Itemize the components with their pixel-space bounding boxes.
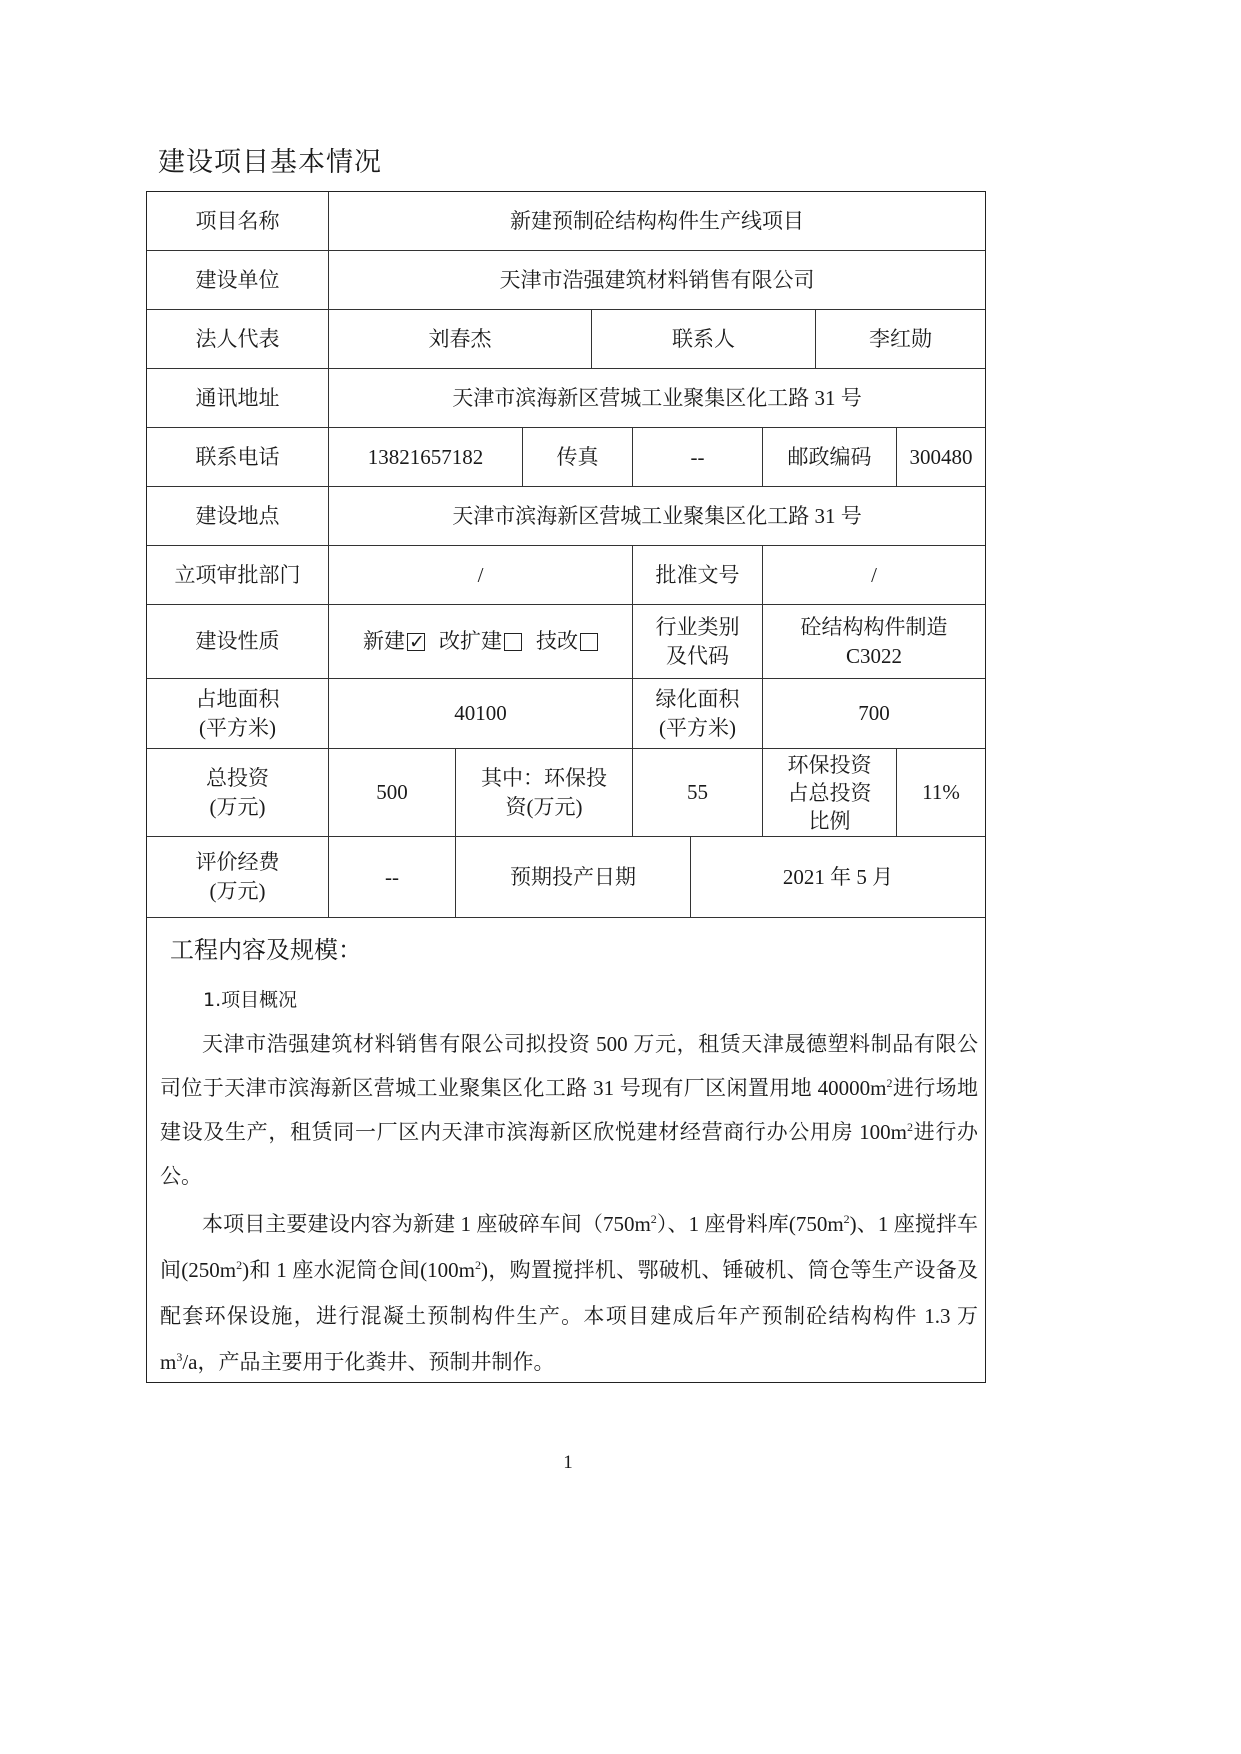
label-green-line2: (平方米): [659, 714, 736, 743]
value-industry: 砼结构构件制造 C3022: [763, 605, 985, 679]
label-investment-line2: (万元): [210, 793, 266, 822]
label-builder: 建设单位: [147, 251, 329, 310]
label-approval-dept: 立项审批部门: [147, 546, 329, 605]
label-industry-line2: 及代码: [666, 642, 729, 671]
option-expand-label: 改扩建: [439, 627, 502, 656]
value-legal-rep: 刘春杰: [329, 310, 592, 369]
label-contact: 联系人: [592, 310, 816, 369]
value-phone: 13821657182: [329, 428, 523, 487]
value-approval-dept: /: [329, 546, 633, 605]
label-industry: 行业类别 及代码: [633, 605, 763, 679]
value-evaluation: --: [329, 837, 456, 918]
label-site: 建设地点: [147, 487, 329, 546]
paragraph-overview: 天津市浩强建筑材料销售有限公司拟投资 500 万元，租赁天津晟德塑料制品有限公司…: [160, 1022, 978, 1198]
para1-text-a: 天津市浩强建筑材料销售有限公司拟投资 500 万元，租赁天津晟德塑料制品有限公司…: [160, 1032, 978, 1100]
label-fax: 传真: [523, 428, 633, 487]
value-production-date: 2021 年 5 月: [691, 837, 985, 918]
value-env-investment: 55: [633, 749, 763, 837]
para2-text-a: 本项目主要建设内容为新建 1 座破碎车间（750m: [202, 1212, 651, 1236]
section-subheading: 1.项目概况: [203, 985, 297, 1012]
label-investment: 总投资 (万元): [147, 749, 329, 837]
label-env-line1: 其中：环保投: [481, 764, 607, 793]
page-number: 1: [562, 1452, 574, 1474]
value-env-ratio: 11%: [897, 749, 985, 837]
value-site: 天津市滨海新区营城工业聚集区化工路 31 号: [329, 487, 985, 546]
label-ratio-line2: 占总投资: [788, 779, 872, 807]
label-phone: 联系电话: [147, 428, 329, 487]
value-industry-name: 砼结构构件制造: [801, 613, 948, 642]
value-approval-doc: /: [763, 546, 985, 605]
label-env-investment: 其中：环保投 资(万元): [456, 749, 633, 837]
label-green-line1: 绿化面积: [656, 685, 740, 714]
para2-text-f: /a，产品主要用于化粪井、预制井制作。: [182, 1350, 554, 1374]
label-legal-rep: 法人代表: [147, 310, 329, 369]
option-tech-checkbox[interactable]: [580, 633, 598, 651]
label-ratio-line3: 比例: [809, 807, 851, 835]
label-eval-line1: 评价经费: [196, 848, 280, 877]
label-env-ratio: 环保投资 占总投资 比例: [763, 749, 897, 837]
value-area: 40100: [329, 679, 633, 749]
label-mail-address: 通讯地址: [147, 369, 329, 428]
paragraph-construction: 本项目主要建设内容为新建 1 座破碎车间（750m2）、1 座骨料库(750m2…: [160, 1201, 978, 1385]
value-postcode: 300480: [897, 428, 985, 487]
value-project-name: 新建预制砼结构构件生产线项目: [329, 192, 985, 251]
nature-options: 新建 改扩建 技改: [329, 605, 633, 679]
label-evaluation: 评价经费 (万元): [147, 837, 329, 918]
label-project-name: 项目名称: [147, 192, 329, 251]
label-postcode: 邮政编码: [763, 428, 897, 487]
label-industry-line1: 行业类别: [656, 613, 740, 642]
value-contact: 李红勋: [816, 310, 985, 369]
value-investment: 500: [329, 749, 456, 837]
section-heading: 工程内容及规模：: [170, 930, 362, 965]
label-green-area: 绿化面积 (平方米): [633, 679, 763, 749]
option-new-label: 新建: [363, 627, 405, 656]
page-title: 建设项目基本情况: [158, 140, 382, 179]
para2-text-d: )和 1 座水泥筒仓间(100m: [242, 1258, 475, 1282]
para2-text-b: ）、1 座骨料库(750m: [657, 1212, 844, 1236]
label-area-line2: (平方米): [199, 714, 276, 743]
option-tech-label: 技改: [536, 627, 578, 656]
option-new-checkbox[interactable]: [407, 633, 425, 651]
label-nature: 建设性质: [147, 605, 329, 679]
label-production-date: 预期投产日期: [456, 837, 691, 918]
value-builder: 天津市浩强建筑材料销售有限公司: [329, 251, 985, 310]
label-investment-line1: 总投资: [206, 764, 269, 793]
value-green-area: 700: [763, 679, 985, 749]
label-area-line1: 占地面积: [196, 685, 280, 714]
label-env-line2: 资(万元): [506, 793, 583, 822]
label-area: 占地面积 (平方米): [147, 679, 329, 749]
value-industry-code: C3022: [846, 642, 902, 671]
label-eval-line2: (万元): [210, 877, 266, 906]
option-expand-checkbox[interactable]: [504, 633, 522, 651]
value-mail-address: 天津市滨海新区营城工业聚集区化工路 31 号: [329, 369, 985, 428]
value-fax: --: [633, 428, 763, 487]
label-ratio-line1: 环保投资: [788, 751, 872, 779]
label-approval-doc: 批准文号: [633, 546, 763, 605]
